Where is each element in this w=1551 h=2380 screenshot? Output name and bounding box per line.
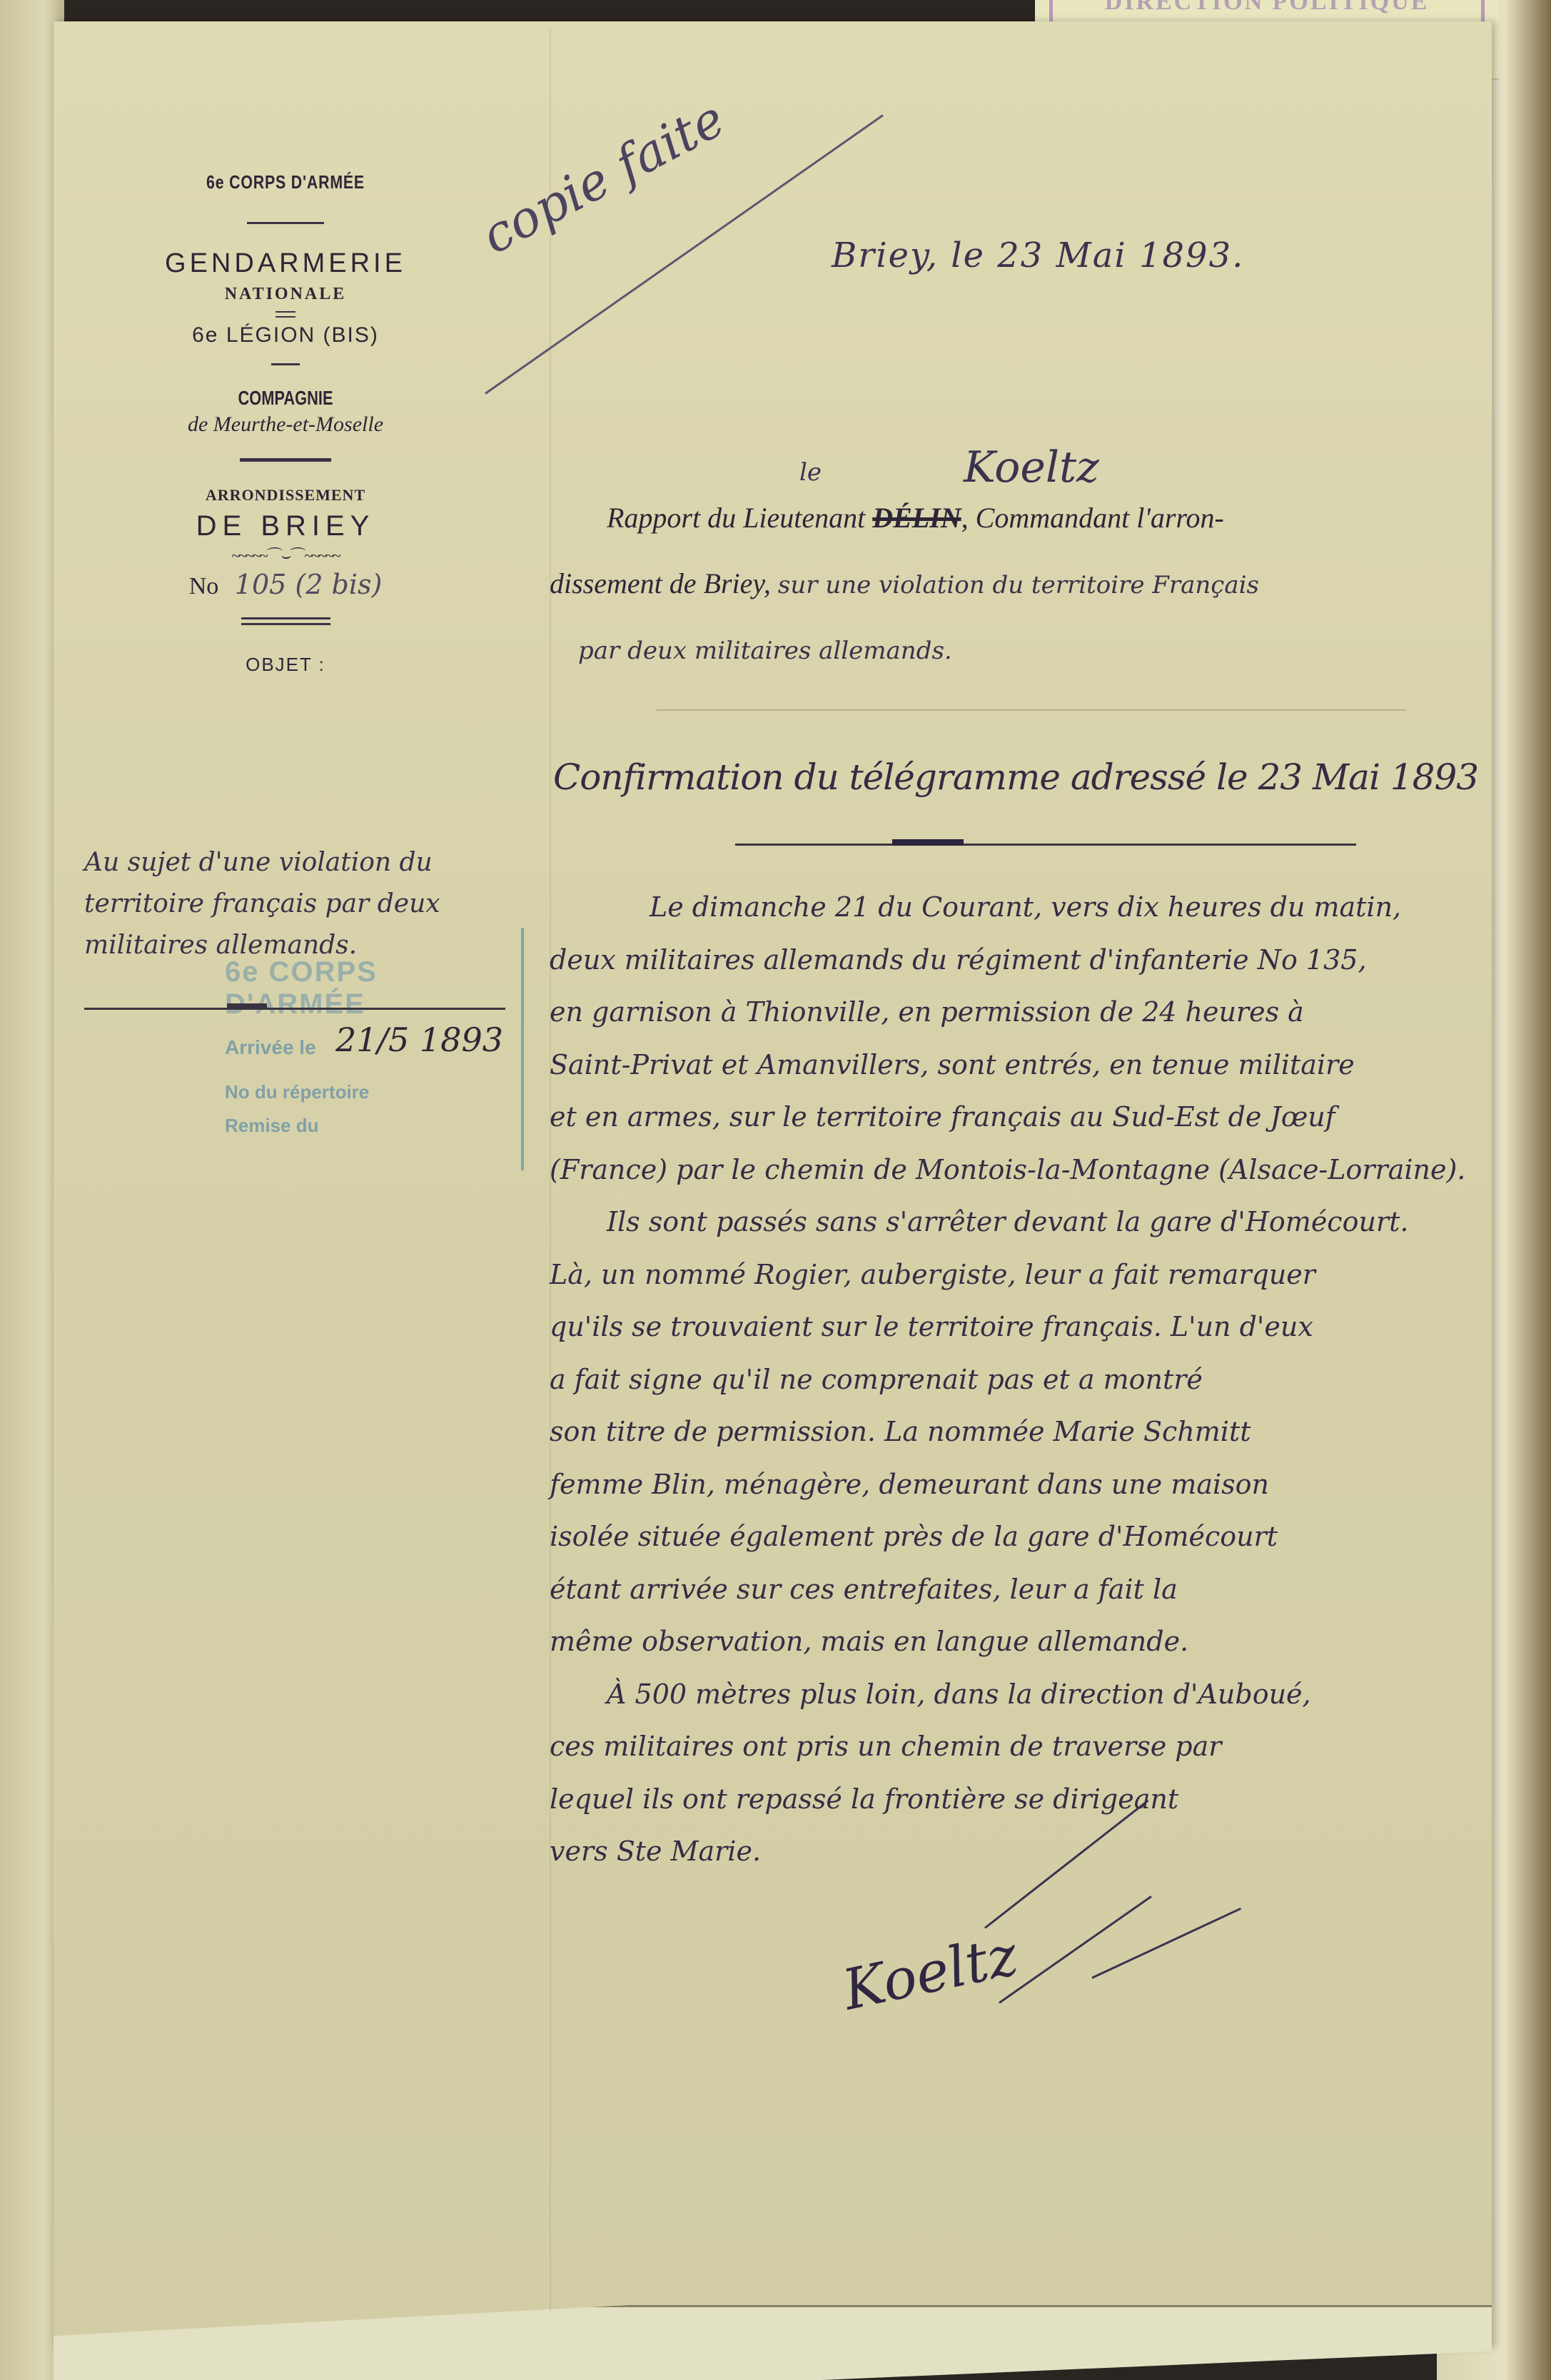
body-line: qu'ils se trouvaient sur le territoire f… [550,1301,1499,1354]
date-line: Briey, le 23 Mai 1893. [832,236,1244,275]
inserted-le: le [799,458,822,487]
body-line: son titre de permission. La nommée Marie… [550,1406,1499,1459]
body-line: en garnison à Thionville, en permission … [550,986,1499,1039]
report-body: Le dimanche 21 du Courant, vers dix heur… [550,881,1499,1878]
stamp-line-direction: DIRECTION POLITIQUE [1053,0,1481,16]
underline-mark [892,839,964,846]
stamp-corps: 6e CORPS D'ARMÉE [225,956,521,1021]
subject-line: Confirmation du télégramme adressé le 23… [553,756,1478,798]
rapport-du: Rapport du [607,502,736,534]
double-rule-bottom [276,316,295,318]
ornament-divider: ~~~~~⌒⌣⌒~~~~~ [107,544,464,566]
rapport-line3-hand: par deux militaires allemands. [550,618,1442,684]
rapport-line2-print: dissement de Briey, [550,567,771,599]
body-line: étant arrivée sur ces entrefaites, leur … [550,1564,1499,1616]
header-separator [657,709,1406,711]
body-line: isolée située également près de la gare … [550,1511,1499,1564]
objet-underline [84,1008,505,1010]
struck-name: DÉLIN [872,502,961,534]
body-line: femme Blin, ménagère, demeurant dans une… [550,1459,1499,1511]
document-number: No 105 (2 bis) [107,569,464,600]
letterhead-corps: 6e CORPS D'ARMÉE [139,171,432,193]
body-line: deux militaires allemands du régiment d'… [550,934,1499,987]
stamp-repertoire: No du répertoire [225,1081,369,1103]
letterhead-compagnie: COMPAGNIE [146,387,425,410]
objet-label: OBJET : [107,654,464,676]
body-line: Ils sont passés sans s'arrêter devant la… [550,1196,1499,1249]
body-line: vers Ste Marie. [550,1825,1499,1878]
letterhead-legion: 6e LÉGION (BIS) [107,323,464,348]
body-line: même observation, mais en langue alleman… [550,1616,1499,1668]
rapport-line2-hand: sur une violation du territoire Français [778,571,1259,599]
body-line: lequel ils ont repassé la frontière se d… [550,1773,1499,1826]
body-line: (France) par le chemin de Montois-la-Mon… [550,1144,1499,1197]
double-rule-top [276,311,295,313]
number-label: No [189,573,219,599]
stamp-arrivee-label: Arrivée le [225,1036,316,1059]
body-line: Le dimanche 21 du Courant, vers dix heur… [550,881,1499,934]
underline-mark [227,1003,267,1010]
letterhead-nationale: NATIONALE [107,285,464,304]
double-rule-bottom [241,623,330,625]
body-line: et en armes, sur le territoire français … [550,1091,1499,1144]
number-value: 105 (2 bis) [235,569,383,600]
body-line: Saint-Privat et Amanvillers, sont entrés… [550,1039,1499,1092]
rapport-commandant: , Commandant l'arron- [961,502,1224,534]
body-line: Là, un nommé Rogier, aubergiste, leur a … [550,1249,1499,1302]
subject-underline [735,844,1356,846]
rank: Lieutenant [743,502,865,534]
letterhead-arrondissement: ARRONDISSEMENT [107,486,464,505]
report-header: Rapport du Lieutenant DÉLIN, Commandant … [550,485,1442,684]
letterhead-gendarmerie: GENDARMERIE [107,248,464,279]
body-line: ces militaires ont pris un chemin de tra… [550,1721,1499,1773]
stamp-arrival-date: 21/5 1893 [335,1021,503,1059]
body-line: a fait signe qu'il ne comprenait pas et … [550,1354,1499,1407]
divider [271,363,300,365]
double-rule-top [241,617,330,619]
stamp-remise: Remise du [225,1115,319,1137]
letterhead: 6e CORPS D'ARMÉE GENDARMERIE NATIONALE 6… [107,171,464,676]
thick-divider [240,458,331,462]
divider [247,222,324,224]
body-line: À 500 mètres plus loin, dans la directio… [550,1668,1499,1721]
letterhead-departement: de Meurthe-et-Moselle [107,412,464,437]
letterhead-briey: DE BRIEY [107,510,464,542]
